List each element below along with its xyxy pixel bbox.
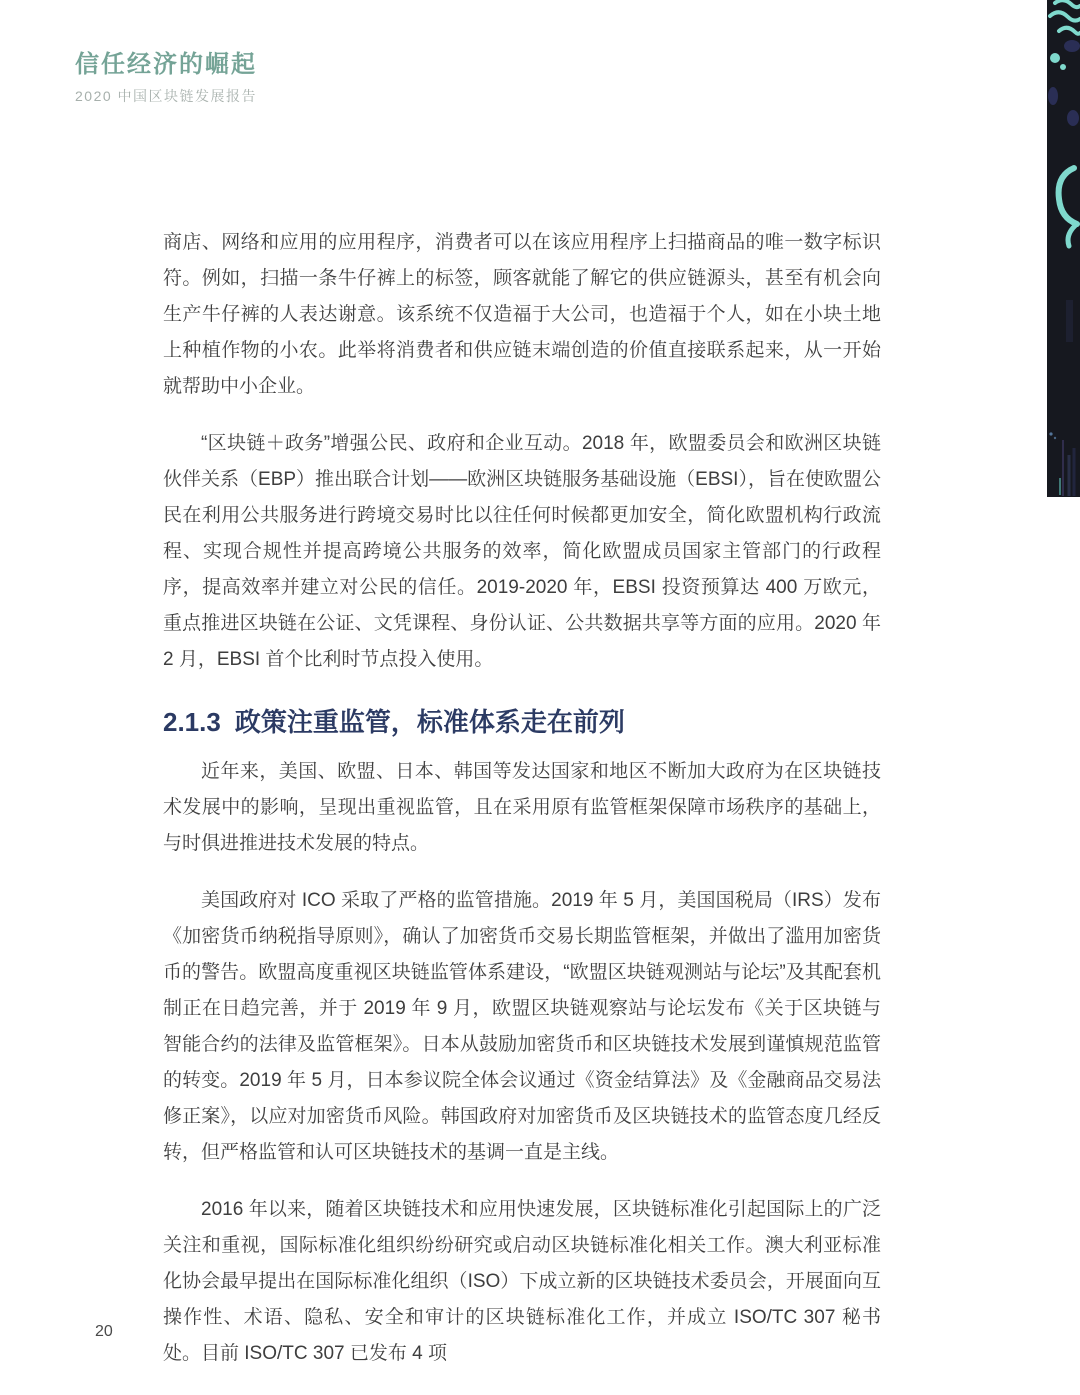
page-number: 20 — [95, 1323, 113, 1341]
paragraph-blockchain-government: “区块链＋政务”增强公民、政府和企业互动。2018 年，欧盟委员会和欧洲区块链伙… — [163, 426, 881, 678]
paragraph-standardization: 2016 年以来，随着区块链技术和应用快速发展，区块链标准化引起国际上的广泛关注… — [163, 1192, 881, 1372]
paragraph-regulation-overview: 近年来，美国、欧盟、日本、韩国等发达国家和地区不断加大政府为在区块链技术发展中的… — [163, 754, 881, 862]
section-heading: 2.1.3政策注重监管，标准体系走在前列 — [163, 705, 881, 739]
paragraph-country-regulation: 美国政府对 ICO 采取了严格的监管措施。2019 年 5 月，美国国税局（IR… — [163, 883, 881, 1171]
blockchain-abstract-art-graphic — [1047, 0, 1080, 497]
logo-subtitle: 2020 中国区块链发展报告 — [75, 86, 257, 106]
paragraph-supply-chain: 商店、网络和应用的应用程序，消费者可以在该应用程序上扫描商品的唯一数字标识符。例… — [163, 225, 881, 405]
logo-title: 信任经济的崛起 — [75, 44, 257, 79]
page-content: 商店、网络和应用的应用程序，消费者可以在该应用程序上扫描商品的唯一数字标识符。例… — [163, 225, 881, 1393]
section-title: 政策注重监管，标准体系走在前列 — [235, 707, 625, 737]
cover-artwork-strip — [1047, 0, 1080, 497]
section-number: 2.1.3 — [163, 707, 221, 737]
report-page: 信任经济的崛起 2020 中国区块链发展报告 — [0, 0, 1080, 1395]
report-logo: 信任经济的崛起 2020 中国区块链发展报告 — [75, 44, 257, 106]
